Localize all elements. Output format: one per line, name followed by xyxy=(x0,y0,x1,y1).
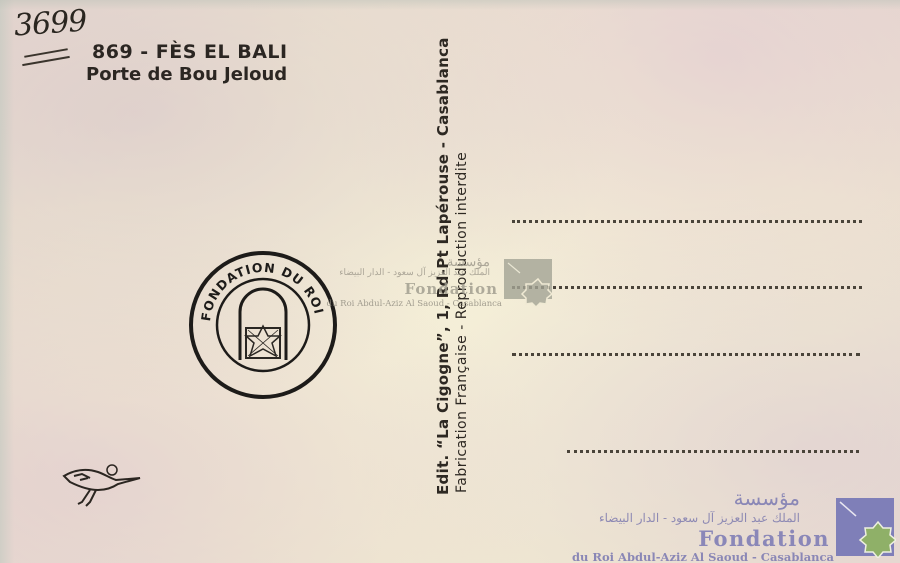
watermark-french-title: Fondation xyxy=(405,280,499,298)
foundation-stamp: FONDATION DU ROI ABDUL-AZIZ AL SAOUD xyxy=(188,250,338,400)
card-edge xyxy=(0,0,900,10)
foundation-watermark: مؤسسة الملك عبد العزيز آل سعود - الدار ا… xyxy=(600,486,900,563)
address-line xyxy=(512,220,862,223)
watermark-french-title: Fondation xyxy=(698,526,830,551)
arch-star-emblem-icon xyxy=(240,289,286,360)
watermark-french-subtitle: du Roi Abdul-Aziz Al Saoud - Casablanca xyxy=(327,299,502,309)
handwritten-number: 3699 xyxy=(13,4,88,44)
stork-icon xyxy=(60,462,144,510)
watermark-arabic-subtitle: الملك عبد العزيز آل سعود - الدار البيضاء xyxy=(599,511,800,525)
address-line xyxy=(512,286,862,289)
card-edge xyxy=(0,0,14,563)
watermark-french-subtitle: du Roi Abdul-Aziz Al Saoud - Casablanca xyxy=(572,550,834,563)
watermark-arabic-subtitle: الملك عبد العزيز آل سعود - الدار البيضاء xyxy=(339,268,490,278)
postcard-subtitle: Porte de Bou Jeloud xyxy=(86,64,287,85)
foundation-watermark-center: مؤسسة الملك عبد العزيز آل سعود - الدار ا… xyxy=(340,255,552,315)
watermark-arabic-title: مؤسسة xyxy=(734,486,800,510)
postcard-title: 869 - FÈS EL BALI xyxy=(92,41,288,63)
foundation-logo-icon xyxy=(836,498,896,558)
handwritten-underline xyxy=(22,56,70,66)
address-line xyxy=(512,353,860,356)
postcard-back: 3699 869 - FÈS EL BALI Porte de Bou Jelo… xyxy=(0,0,900,563)
address-line xyxy=(567,450,859,453)
foundation-logo-icon xyxy=(504,259,552,307)
